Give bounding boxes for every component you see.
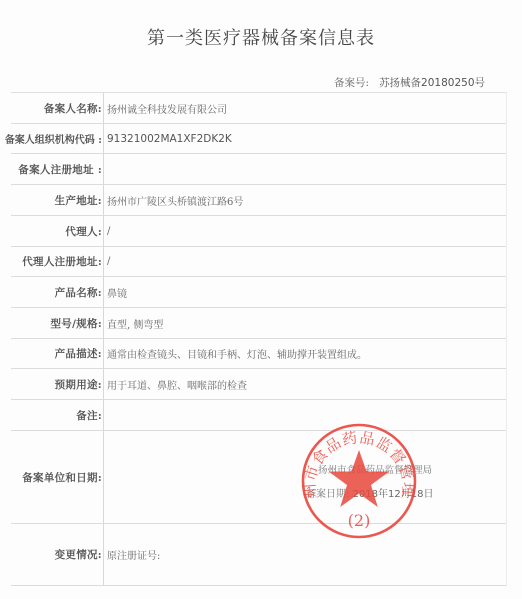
document-title: 第一类医疗器械备案信息表 (0, 24, 522, 50)
table-row-product-description: 产品描述: 通常由检查镜头、目镜和手柄、灯泡、辅助撑开装置组成。 (11, 339, 506, 369)
filer-name-value: 扬州诚全科技发展有限公司 (104, 93, 506, 123)
product-name-value: 鼻镜 (104, 277, 506, 307)
row-label: 备案人名称: (11, 93, 104, 123)
record-number-value: 苏扬械备20180250号 (379, 77, 485, 89)
row-label: 备案单位和日期: (11, 431, 104, 523)
table-row-filing-unit-date: 备案单位和日期: (11, 431, 506, 524)
info-table: 备案人名称: 扬州诚全科技发展有限公司 备案人组织机构代码 : 91321002… (11, 92, 507, 586)
table-row-remarks: 备注: (11, 400, 506, 431)
table-row-agent-address: 代理人注册地址: / (11, 247, 506, 277)
row-label: 代理人注册地址: (11, 247, 104, 276)
org-code-value: 91321002MA1XF2DK2K (104, 124, 506, 153)
row-label: 备注: (11, 400, 104, 430)
production-address-value: 扬州市广陵区头桥镇渡江路6号 (104, 185, 506, 215)
agent-value: / (104, 216, 506, 246)
row-label: 生产地址: (11, 185, 104, 215)
agent-address-value: / (104, 247, 506, 276)
table-row-filer-name: 备案人名称: 扬州诚全科技发展有限公司 (11, 93, 506, 124)
seal-number: (2) (348, 511, 371, 530)
intended-use-value: 用于耳道、鼻腔、咽喉部的检查 (104, 369, 506, 399)
table-row-production-address: 生产地址: 扬州市广陵区头桥镇渡江路6号 (11, 185, 506, 216)
table-row-org-code: 备案人组织机构代码 : 91321002MA1XF2DK2K (11, 124, 506, 154)
table-row-product-name: 产品名称: 鼻镜 (11, 277, 506, 308)
record-number: 备案号: 苏扬械备20180250号 (334, 75, 485, 90)
row-label: 备案人组织机构代码 : (11, 124, 104, 153)
table-row-model-spec: 型号/规格: 直型, 侧弯型 (11, 308, 506, 339)
row-label: 变更情况: (11, 524, 104, 585)
official-seal-icon: 扬州市食品药品监督管理局 (2) (300, 422, 418, 540)
row-label: 产品描述: (11, 339, 104, 368)
row-label: 预期用途: (11, 369, 104, 399)
filer-address-value (104, 154, 506, 184)
row-label: 产品名称: (11, 277, 104, 307)
table-row-filer-address: 备案人注册地址 : (11, 154, 506, 185)
row-label: 备案人注册地址 : (11, 154, 104, 184)
product-description-value: 通常由检查镜头、目镜和手柄、灯泡、辅助撑开装置组成。 (104, 339, 506, 368)
row-label: 代理人: (11, 216, 104, 246)
table-row-changes: 变更情况: 原注册证号: (11, 524, 506, 586)
table-row-agent: 代理人: / (11, 216, 506, 247)
model-spec-value: 直型, 侧弯型 (104, 308, 506, 338)
table-row-intended-use: 预期用途: 用于耳道、鼻腔、咽喉部的检查 (11, 369, 506, 400)
record-number-label: 备案号: (334, 77, 369, 89)
row-label: 型号/规格: (11, 308, 104, 338)
seal-star-icon (329, 450, 390, 507)
